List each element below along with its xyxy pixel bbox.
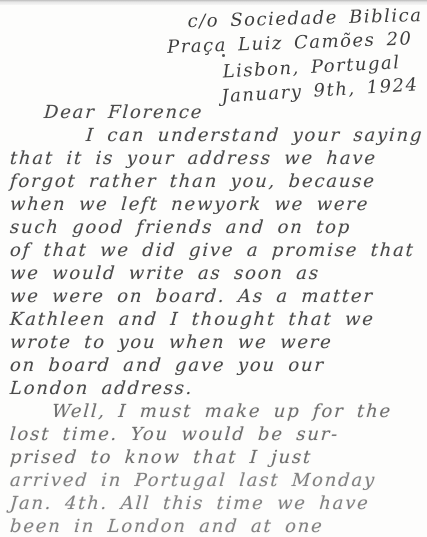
letter-body: Dear Florence I can understand your sayi… [10, 101, 427, 537]
body-line: wrote to you when we were [9, 331, 427, 354]
body-line: forgot rather than you, because [9, 170, 427, 193]
body-line: such good friends and on top [9, 216, 427, 239]
letter-page: c/o Sociedade Biblica Praça Luiz Camões … [0, 0, 427, 537]
body-line: Kathleen and I thought that we [9, 308, 427, 331]
body-line: London address. [9, 377, 427, 400]
body-line: lost time. You would be sur- [9, 423, 427, 446]
body-line: we would write as soon as [9, 262, 427, 285]
body-line: we were on board. As a matter [9, 285, 427, 308]
body-line: of that we did give a promise that [9, 239, 427, 262]
body-line: on board and gave you our [9, 354, 427, 377]
letter-header: c/o Sociedade Biblica Praça Luiz Camões … [167, 4, 422, 96]
body-line: arrived in Portugal last Monday [9, 469, 427, 492]
body-line: prised to know that I just [9, 446, 427, 469]
salutation: Dear Florence [43, 101, 427, 124]
body-line: I can understand your saying [85, 124, 427, 147]
ink-dot [222, 54, 225, 57]
body-line: that it is your address we have [9, 147, 427, 170]
body-line: when we left newyork we were [9, 193, 427, 216]
body-line: Jan. 4th. All this time we have [9, 492, 427, 515]
body-line: Well, I must make up for the [51, 400, 427, 423]
body-line-cut-off: been in London and at one [9, 515, 427, 537]
